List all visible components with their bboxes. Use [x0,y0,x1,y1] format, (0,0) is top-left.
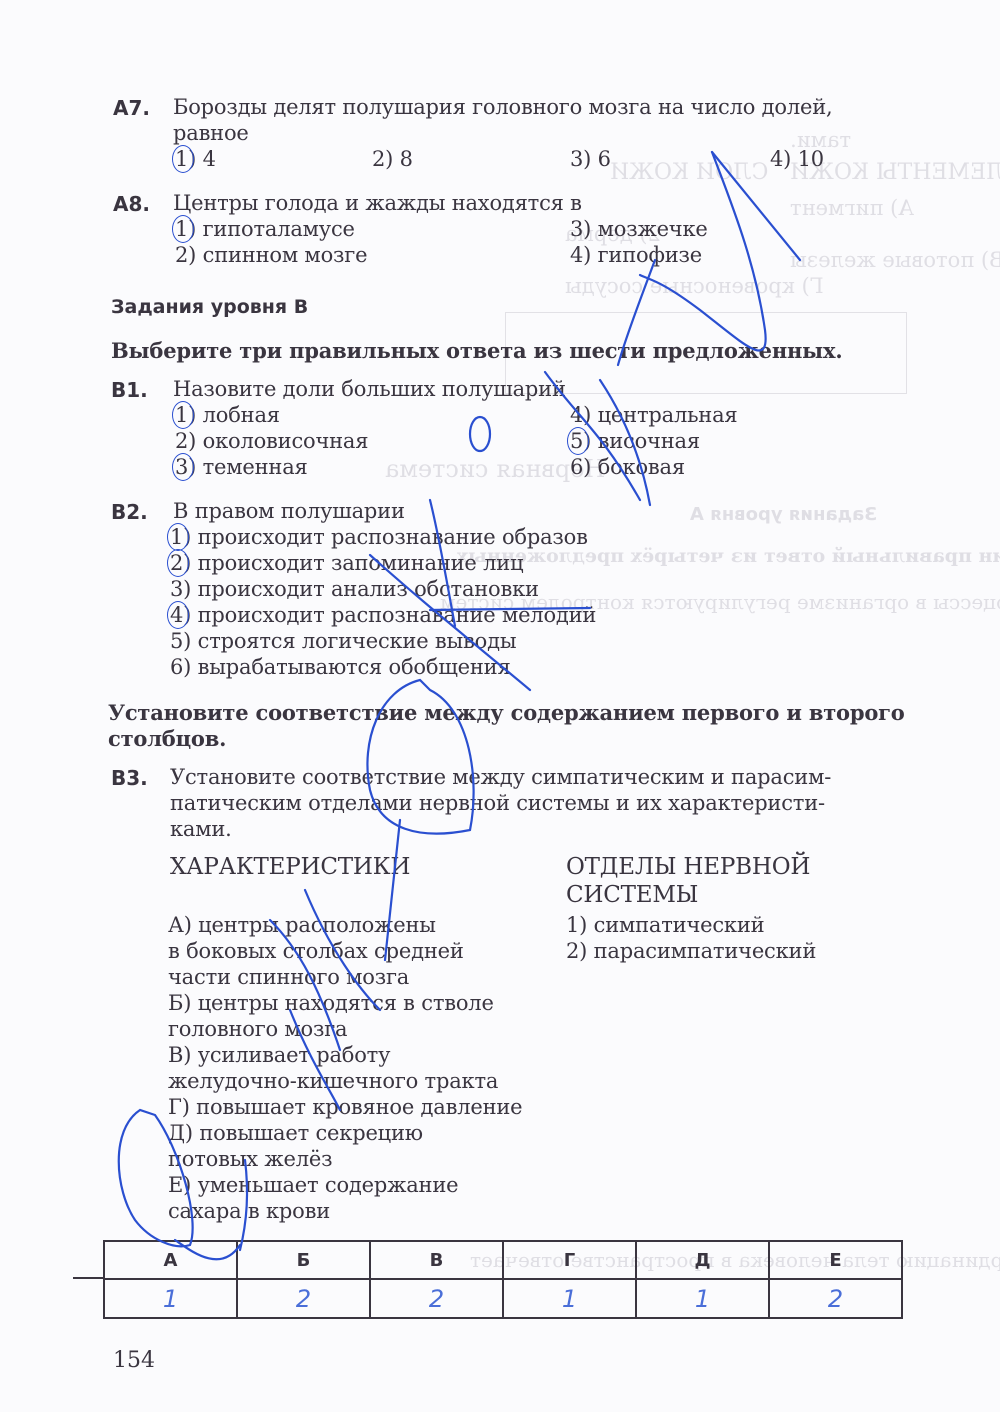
division-option-2: 2) парасимпатический [566,938,816,964]
option-b2-2[interactable]: 2) происходит запоминание лиц [170,550,523,576]
bleed-through-text: В) потовые железы [790,248,1000,272]
textbook-page: тами. СЛОИ КОЖИ ЭЛЕМЕНТЫ КОЖИ А) пигмент… [0,0,1000,1412]
table-divider-line [73,1277,103,1279]
table-header-cell: Б [237,1241,370,1279]
question-text-b3-cont: патическим отделами нервной системы и их… [170,790,825,816]
question-label-a7: A7. [113,96,150,120]
bleed-through-text: А) пигмент [790,196,914,220]
answer-cell[interactable]: 2 [237,1279,370,1318]
instruction-matching: Установите соответствие между содержание… [108,700,905,726]
question-text-b3: Установите соответствие между симпатичес… [170,764,831,790]
question-label-b2: B2. [111,500,148,524]
question-text-b2: В правом полушарии [173,498,405,524]
answer-circle-mark [567,427,589,455]
option-b1-4[interactable]: 4) центральная [570,402,737,428]
characteristic-line: Б) центры находятся в стволе [168,990,494,1016]
answer-circle-mark [172,215,194,243]
option-b1-3[interactable]: 3) теменная [175,454,308,480]
option-b2-1[interactable]: 1) происходит распознавание образов [170,524,588,550]
table-header-cell: В [370,1241,503,1279]
answer-circle-mark [167,523,189,551]
division-option-1: 1) симпатический [566,912,764,938]
option-b2-3[interactable]: 3) происходит анализ обстановки [170,576,539,602]
question-label-b1: B1. [111,378,148,402]
answer-circle-mark [167,601,189,629]
question-label-a8: A8. [113,192,150,216]
answer-cell[interactable]: 2 [769,1279,902,1318]
question-text-b1: Назовите доли больших полушарий [173,376,566,402]
characteristic-line: Г) повышает кровяное давление [168,1094,522,1120]
page-number: 154 [113,1348,155,1373]
characteristic-line: желудочно-кишечного тракта [168,1068,498,1094]
question-text-a8: Центры голода и жажды находятся в [173,190,582,216]
characteristic-line: головного мозга [168,1016,347,1042]
answer-cell[interactable]: 1 [104,1279,237,1318]
option-a7-4[interactable]: 4) 10 [770,146,824,172]
option-a7-2[interactable]: 2) 8 [372,146,413,172]
table-header-cell: Е [769,1241,902,1279]
table-header-cell: Д [636,1241,769,1279]
question-label-b3: B3. [111,766,148,790]
question-text-a7: Борозды делят полушария головного мозга … [173,94,832,120]
answer-cell[interactable]: 1 [503,1279,636,1318]
question-text-b3-cont2: ками. [170,816,232,842]
characteristic-line: потовых желёз [168,1146,332,1172]
option-a8-3[interactable]: 3) мозжечке [570,216,708,242]
option-b2-5[interactable]: 5) строятся логические выводы [170,628,516,654]
option-b1-2[interactable]: 2) околовисочная [175,428,368,454]
characteristic-line: в боковых столбах средней [168,938,464,964]
column-header-characteristics: ХАРАКТЕРИСТИКИ [170,854,410,880]
characteristic-line: Е) уменьшает содержание [168,1172,458,1198]
answer-table: А Б В Г Д Е 1 2 2 1 1 2 [103,1240,903,1319]
option-b2-6[interactable]: 6) вырабатываются обобщения [170,654,511,680]
question-text-a7-cont: равное [173,120,249,146]
table-header-cell: Г [503,1241,636,1279]
answer-circle-mark [172,453,194,481]
section-title: Задания уровня В [111,296,308,318]
characteristic-line: части спинного мозга [168,964,409,990]
characteristic-line: Д) повышает секрецию [168,1120,423,1146]
option-a7-3[interactable]: 3) 6 [570,146,611,172]
bleed-through-text: СЛОИ КОЖИ [610,160,768,185]
answer-cell[interactable]: 1 [636,1279,769,1318]
answer-circle-mark [172,145,194,173]
answer-cell[interactable]: 2 [370,1279,503,1318]
characteristic-line: В) усиливает работу [168,1042,390,1068]
bleed-through-text: Задания уровня А [690,504,877,525]
option-b1-5[interactable]: 5) височная [570,428,700,454]
column-header-divisions-cont: СИСТЕМЫ [566,882,698,908]
characteristic-line: сахара в крови [168,1198,330,1224]
table-header-cell: А [104,1241,237,1279]
option-b1-6[interactable]: 6) боковая [570,454,685,480]
bleed-through-text: Г) кровеносные сосуды [565,274,824,298]
answer-circle-mark [172,401,194,429]
option-a8-1[interactable]: 1) гипоталамусе [175,216,355,242]
option-a8-2[interactable]: 2) спинном мозге [175,242,367,268]
option-b2-4[interactable]: 4) происходит распознавание мелодий [170,602,596,628]
answer-circle-mark [167,549,189,577]
column-header-divisions: ОТДЕЛЫ НЕРВНОЙ [566,854,810,880]
instruction-matching-cont: столбцов. [108,726,226,752]
option-a8-4[interactable]: 4) гипофизе [570,242,702,268]
characteristic-line: А) центры расположены [168,912,436,938]
instruction-choose-three: Выберите три правильных ответа из шести … [111,338,842,364]
